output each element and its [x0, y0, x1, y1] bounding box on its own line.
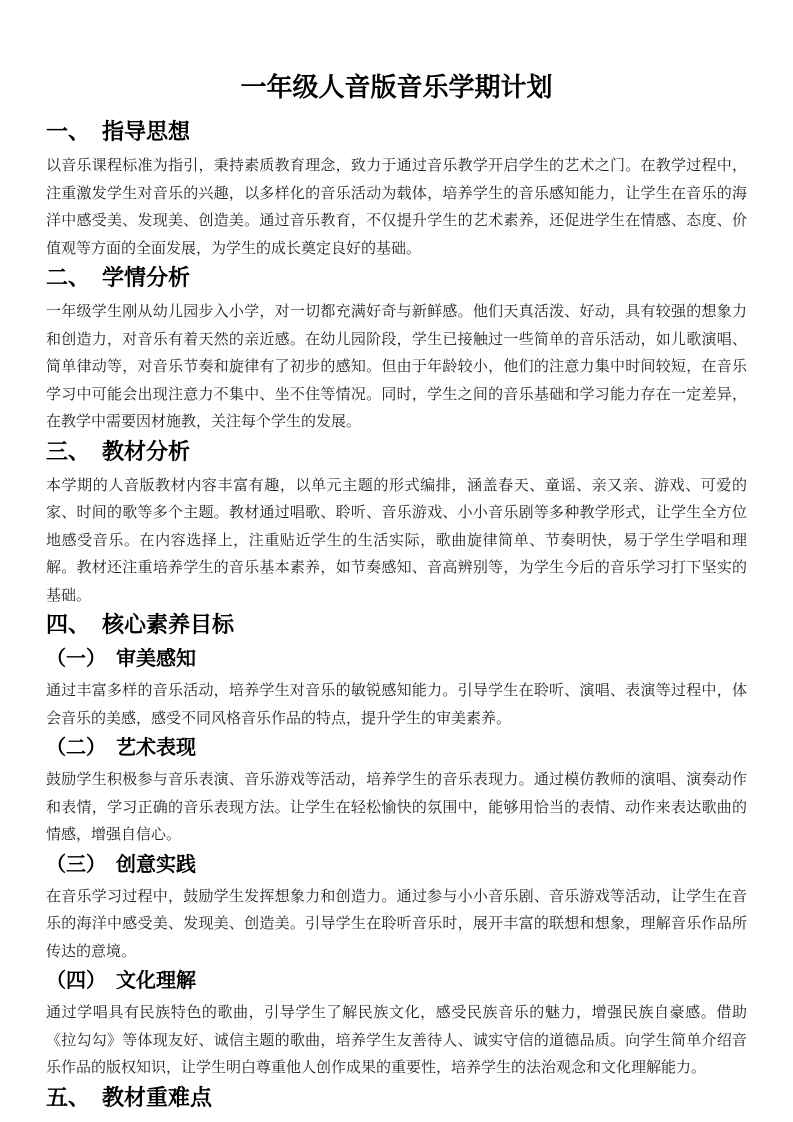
section-label: 核心素养目标 — [102, 612, 234, 637]
section-heading-learner-analysis: 二、学情分析 — [46, 264, 747, 292]
section-number: 一、 — [46, 119, 90, 144]
paragraph-guiding-ideology: 以音乐课程标准为指引，秉持素质教育理念，致力于通过音乐教学开启学生的艺术之门。在… — [46, 152, 747, 262]
section-label: 教材分析 — [102, 439, 190, 464]
subsection-number: （一） — [46, 648, 106, 670]
subsection-label: 审美感知 — [116, 648, 196, 670]
paragraph-creative-practice: 在音乐学习过程中，鼓励学生发挥想象力和创造力。通过参与小小音乐剧、音乐游戏等活动… — [46, 883, 747, 966]
subsection-label: 文化理解 — [116, 970, 196, 992]
section-label: 教材重难点 — [102, 1085, 212, 1110]
section-number: 三、 — [46, 439, 90, 464]
subsection-number: （四） — [46, 970, 106, 992]
subsection-heading-artistic-expression: （二）艺术表现 — [46, 734, 747, 762]
subsection-label: 创意实践 — [116, 854, 196, 876]
subsection-heading-aesthetic-perception: （一）审美感知 — [46, 645, 747, 673]
document-page: 一年级人音版音乐学期计划 一、指导思想 以音乐课程标准为指引，秉持素质教育理念，… — [0, 0, 793, 1122]
paragraph-artistic-expression: 鼓励学生积极参与音乐表演、音乐游戏等活动，培养学生的音乐表现力。通过模仿教师的演… — [46, 766, 747, 849]
section-number: 五、 — [46, 1085, 90, 1110]
subsection-number: （三） — [46, 854, 106, 876]
section-label: 学情分析 — [102, 265, 190, 290]
section-heading-guiding-ideology: 一、指导思想 — [46, 118, 747, 146]
paragraph-textbook-analysis: 本学期的人音版教材内容丰富有趣，以单元主题的形式编排，涵盖春天、童谣、亲又亲、游… — [46, 472, 747, 610]
paragraph-cultural-understanding: 通过学唱具有民族特色的歌曲，引导学生了解民族文化，感受民族音乐的魅力，增强民族自… — [46, 999, 747, 1082]
page-title: 一年级人音版音乐学期计划 — [46, 70, 747, 104]
section-label: 指导思想 — [102, 119, 190, 144]
subsection-number: （二） — [46, 737, 106, 759]
subsection-heading-creative-practice: （三）创意实践 — [46, 851, 747, 879]
subsection-label: 艺术表现 — [116, 737, 196, 759]
section-heading-key-difficult-points: 五、教材重难点 — [46, 1084, 747, 1112]
section-number: 二、 — [46, 265, 90, 290]
paragraph-learner-analysis: 一年级学生刚从幼儿园步入小学，对一切都充满好奇与新鲜感。他们天真活泼、好动，具有… — [46, 298, 747, 436]
subsection-heading-cultural-understanding: （四）文化理解 — [46, 967, 747, 995]
section-heading-core-competency-goals: 四、核心素养目标 — [46, 611, 747, 639]
section-number: 四、 — [46, 612, 90, 637]
section-heading-textbook-analysis: 三、教材分析 — [46, 438, 747, 466]
paragraph-aesthetic-perception: 通过丰富多样的音乐活动，培养学生对音乐的敏锐感知能力。引导学生在聆听、演唱、表演… — [46, 677, 747, 732]
